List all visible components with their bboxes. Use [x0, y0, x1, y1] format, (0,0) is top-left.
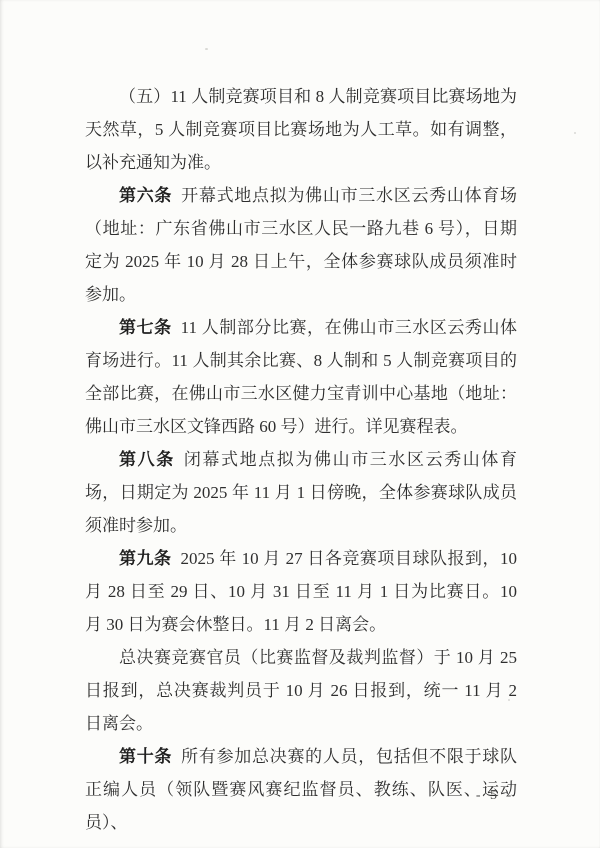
article-10: 第十条所有参加总决赛的人员，包括但不限于球队正编人员（领队暨赛风赛纪监督员、教练… — [85, 740, 517, 839]
article-6-head: 第六条 — [119, 186, 172, 205]
article-8-head: 第八条 — [119, 450, 175, 469]
clause-text: （五）11 人制竞赛项目和 8 人制竞赛项目比赛场地为天然草，5 人制竞赛项目比… — [85, 87, 517, 172]
article-9: 第九条2025 年 10 月 27 日各竞赛项目球队报到，10 月 28 日至 … — [85, 542, 517, 641]
article-7: 第七条11 人制部分比赛，在佛山市三水区云秀山体育场进行。11 人制其余比赛、8… — [85, 311, 517, 443]
article-9-head: 第九条 — [119, 549, 172, 568]
scan-speck — [508, 699, 510, 701]
article-8: 第八条闭幕式地点拟为佛山市三水区云秀山体育场，日期定为 2025 年 11 月 … — [85, 443, 517, 542]
page-number: - 5 - — [460, 788, 530, 804]
clause-item-5: （五）11 人制竞赛项目和 8 人制竞赛项目比赛场地为天然草，5 人制竞赛项目比… — [85, 80, 517, 179]
scanned-document-page: （五）11 人制竞赛项目和 8 人制竞赛项目比赛场地为天然草，5 人制竞赛项目比… — [0, 0, 600, 848]
scan-speck — [574, 132, 576, 134]
document-body: （五）11 人制竞赛项目和 8 人制竞赛项目比赛场地为天然草，5 人制竞赛项目比… — [85, 80, 517, 839]
article-7-head: 第七条 — [119, 318, 172, 337]
article-6: 第六条开幕式地点拟为佛山市三水区云秀山体育场（地址：广东省佛山市三水区人民一路九… — [85, 179, 517, 311]
scan-speck — [205, 48, 208, 50]
officials-report-text: 总决赛竞赛官员（比赛监督及裁判监督）于 10 月 25 日报到，总决赛裁判员于 … — [85, 648, 517, 733]
article-10-head: 第十条 — [119, 747, 172, 766]
officials-report-paragraph: 总决赛竞赛官员（比赛监督及裁判监督）于 10 月 25 日报到，总决赛裁判员于 … — [85, 641, 517, 740]
